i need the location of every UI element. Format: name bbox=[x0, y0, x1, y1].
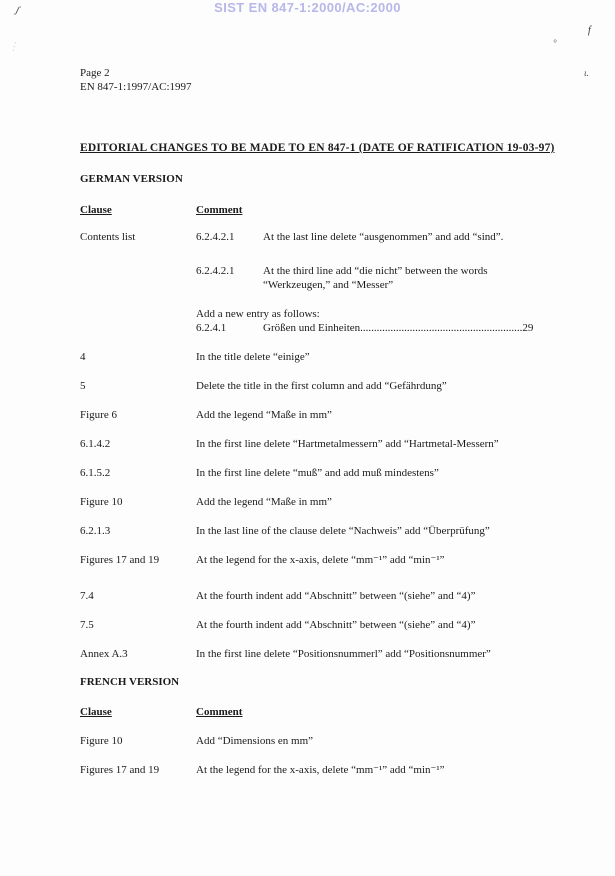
comment-cell: Add the legend “Maße in mm” bbox=[196, 408, 597, 422]
section-heading-german: GERMAN VERSION bbox=[80, 172, 597, 186]
table-row: Contents list 6.2.4.2.1 At the last line… bbox=[80, 230, 597, 244]
document-title: EDITORIAL CHANGES TO BE MADE TO EN 847-1… bbox=[80, 141, 597, 156]
comment-cell: At the third line add “die nicht” betwee… bbox=[263, 264, 535, 292]
clause-cell: Annex A.3 bbox=[80, 647, 196, 661]
section-heading-french: FRENCH VERSION bbox=[80, 675, 597, 689]
subclause-number: 6.2.4.2.1 bbox=[196, 230, 263, 244]
clause-cell: Contents list bbox=[80, 230, 196, 244]
column-header-comment: Comment bbox=[196, 705, 242, 719]
page-number: Page 2 bbox=[80, 66, 192, 80]
column-headers: Clause Comment bbox=[80, 705, 597, 719]
comment-cell: Größen und Einheiten....................… bbox=[263, 321, 597, 335]
scan-artifact: ι. bbox=[584, 66, 589, 80]
table-row: Figures 17 and 19 At the legend for the … bbox=[80, 763, 597, 777]
comment-intro: Add a new entry as follows: bbox=[196, 307, 597, 321]
clause-cell: Figure 10 bbox=[80, 734, 196, 748]
scan-artifact: ⋮ bbox=[8, 40, 19, 54]
table-row: Figure 10 Add the legend “Maße in mm” bbox=[80, 495, 597, 509]
table-row: 4 In the title delete “einige” bbox=[80, 350, 597, 364]
column-header-clause: Clause bbox=[80, 204, 112, 216]
clause-cell: Figure 10 bbox=[80, 495, 196, 509]
table-row: Add a new entry as follows: 6.2.4.1 Größ… bbox=[80, 307, 597, 335]
scan-artifact: f bbox=[588, 24, 591, 38]
document-page: SIST EN 847-1:2000/AC:2000 ʃ ⋮ f ° ι. Pa… bbox=[0, 0, 615, 876]
document-reference: EN 847-1:1997/AC:1997 bbox=[80, 80, 192, 94]
table-row: 7.5 At the fourth indent add “Abschnitt”… bbox=[80, 618, 597, 632]
column-header-clause: Clause bbox=[80, 706, 112, 718]
comment-cell: At the legend for the x-axis, delete “mm… bbox=[196, 763, 597, 777]
clause-cell: 6.1.5.2 bbox=[80, 466, 196, 480]
column-headers: Clause Comment bbox=[80, 203, 597, 217]
watermark-standard-code: SIST EN 847-1:2000/AC:2000 bbox=[0, 1, 615, 15]
table-row: Figure 6 Add the legend “Maße in mm” bbox=[80, 408, 597, 422]
clause-cell: 5 bbox=[80, 379, 196, 393]
table-row: Annex A.3 In the first line delete “Posi… bbox=[80, 647, 597, 661]
table-row: 5 Delete the title in the first column a… bbox=[80, 379, 597, 393]
table-row: 6.2.1.3 In the last line of the clause d… bbox=[80, 524, 597, 538]
clause-cell: 7.5 bbox=[80, 618, 196, 632]
comment-cell: At the last line delete “ausgenommen” an… bbox=[263, 230, 597, 244]
page-header: Page 2 EN 847-1:1997/AC:1997 bbox=[80, 66, 192, 94]
comment-cell: In the last line of the clause delete “N… bbox=[196, 524, 597, 538]
table-row: 6.2.4.2.1 At the third line add “die nic… bbox=[80, 264, 597, 292]
column-header-comment: Comment bbox=[196, 203, 242, 217]
comment-cell: At the fourth indent add “Abschnitt” bet… bbox=[196, 618, 597, 632]
scan-artifact: ° bbox=[553, 36, 557, 50]
table-row: Figure 10 Add “Dimensions en mm” bbox=[80, 734, 597, 748]
clause-cell: Figures 17 and 19 bbox=[80, 763, 196, 777]
clause-cell: 6.2.1.3 bbox=[80, 524, 196, 538]
comment-cell: At the legend for the x-axis, delete “mm… bbox=[196, 553, 597, 567]
document-body: EDITORIAL CHANGES TO BE MADE TO EN 847-1… bbox=[80, 141, 597, 777]
clause-cell: 4 bbox=[80, 350, 196, 364]
clause-cell: Figures 17 and 19 bbox=[80, 553, 196, 567]
table-row: 6.1.4.2 In the first line delete “Hartme… bbox=[80, 437, 597, 451]
table-row: 6.1.5.2 In the first line delete “muß” a… bbox=[80, 466, 597, 480]
comment-cell: In the title delete “einige” bbox=[196, 350, 597, 364]
comment-cell: Add the legend “Maße in mm” bbox=[196, 495, 597, 509]
comment-cell: In the first line delete “muß” and add m… bbox=[196, 466, 597, 480]
clause-cell: Figure 6 bbox=[80, 408, 196, 422]
table-row: 7.4 At the fourth indent add “Abschnitt”… bbox=[80, 589, 597, 603]
clause-cell: 7.4 bbox=[80, 589, 196, 603]
comment-cell: In the first line delete “Hartmetalmesse… bbox=[196, 437, 597, 451]
comment-cell: At the fourth indent add “Abschnitt” bet… bbox=[196, 589, 597, 603]
subclause-number: 6.2.4.2.1 bbox=[196, 264, 263, 278]
comment-cell: Add “Dimensions en mm” bbox=[196, 734, 597, 748]
comment-cell: In the first line delete “Positionsnumme… bbox=[196, 647, 597, 661]
table-row: Figures 17 and 19 At the legend for the … bbox=[80, 553, 597, 567]
subclause-number: 6.2.4.1 bbox=[196, 321, 263, 335]
clause-cell: 6.1.4.2 bbox=[80, 437, 196, 451]
comment-cell: Delete the title in the first column and… bbox=[196, 379, 597, 393]
